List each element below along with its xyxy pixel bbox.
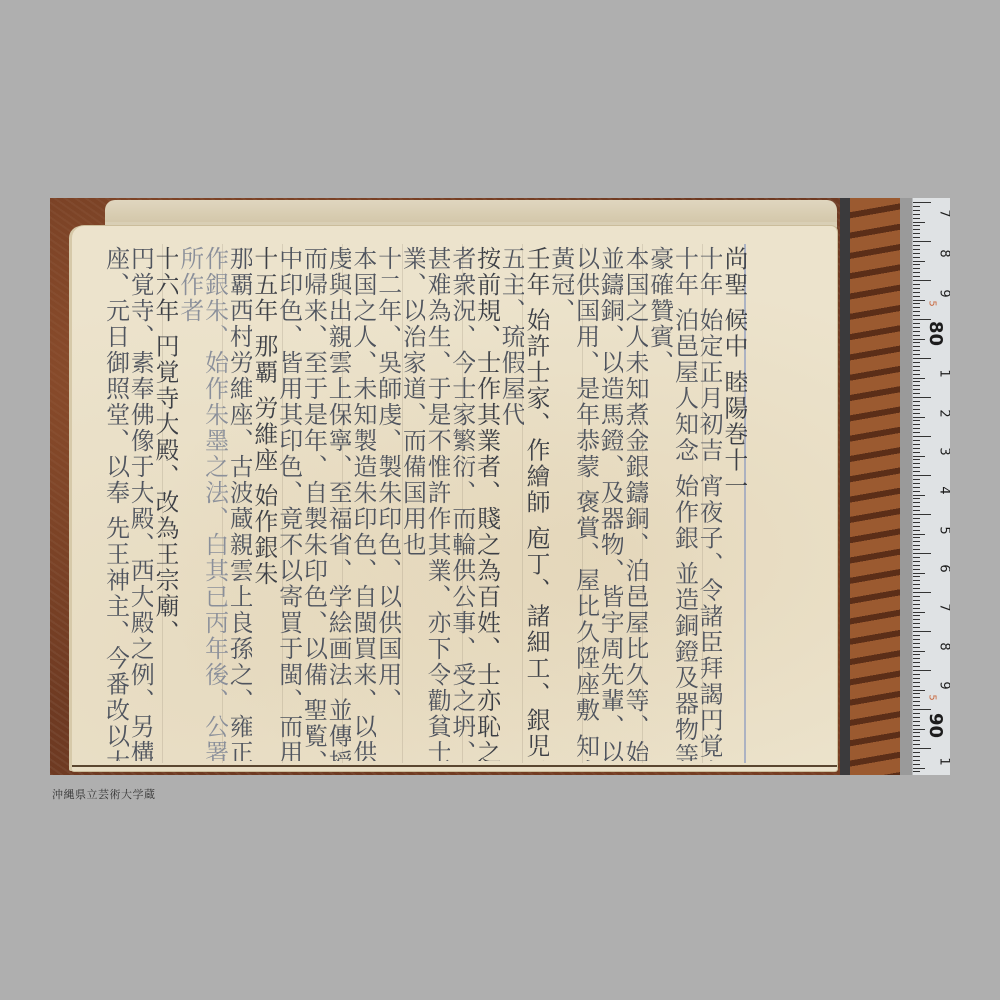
ruler-tick: [913, 339, 925, 340]
ruler-tick: [913, 627, 920, 628]
text-column: 按前規、士作其業者、賤之為百姓、士亦恥之不作、而至貧窘: [477, 246, 500, 761]
ruler-tick: [913, 210, 920, 211]
ruler-tick: [913, 471, 920, 472]
ruler-tick: [913, 331, 920, 332]
text-column: 者衆況、今士家繁衍、而輪供公事、受之坍、漸之遲延: [452, 246, 475, 761]
text-column: 那覇西村労維座、古波蔵親雲上良孫之、雍正丁未年、到閩始学: [230, 246, 253, 761]
ruler-tick: [913, 264, 920, 265]
ruler-tick: [913, 245, 920, 246]
text-column: 作銀朱、始作朱墨之法、白其已丙年後、公署多用其: [205, 246, 228, 761]
ruler-tick: [913, 350, 920, 351]
text-column: 業、以治家道、而備国用也: [403, 246, 426, 761]
ruler-tick: [913, 261, 925, 262]
ruler-tick: [913, 647, 920, 648]
ruler-tick: [913, 666, 920, 667]
ruler-tick: [913, 740, 920, 741]
ruler-tick: [913, 237, 920, 238]
manuscript-photo: 尚聖 候中 睦陽巻十一 十年 始定正月初吉 宵夜子、令諸臣拜謁円覚座、 十年 泊…: [50, 198, 950, 775]
ruler-tick: [913, 428, 920, 429]
ruler-tick: [913, 725, 920, 726]
ruler-tick: [913, 342, 920, 343]
ruler-tick: [913, 717, 920, 718]
ruler-tick: [913, 440, 920, 441]
ruler-tick: [913, 495, 925, 496]
ruler-tick: [913, 202, 931, 203]
ruler-tick: [913, 549, 920, 550]
ruler-tick: [913, 670, 931, 671]
ruler-tick: [913, 288, 920, 289]
measuring-ruler: 7 8 9 5 80 1 2 3 4 5 6 7 8 9 5 90 1: [912, 198, 950, 775]
ruler-tick: [913, 736, 920, 737]
ruler-tick: [913, 534, 925, 535]
ruler-tick: [913, 654, 920, 655]
ruler-tick: [913, 405, 920, 406]
ruler-tick: [913, 545, 920, 546]
ruler-tick: [913, 502, 920, 503]
ruler-tick: [913, 514, 931, 515]
ruler-tick: [913, 701, 920, 702]
ruler-tick: [913, 319, 931, 320]
ruler-tick: [913, 389, 920, 390]
ruler-tick: [913, 214, 920, 215]
ruler-tick: [913, 561, 920, 562]
ruler-tick: [913, 510, 920, 511]
ruler-tick: [913, 292, 920, 293]
ruler-label: 90: [925, 713, 946, 738]
ruler-tick: [913, 537, 920, 538]
ruler-tick: [913, 315, 920, 316]
ruler-tick: [913, 452, 920, 453]
ruler-tick: [913, 573, 925, 574]
ruler-tick: [913, 760, 920, 761]
ruler-label: 7: [936, 209, 950, 217]
text-column: 中印色、皆用其印色、竟不以寄買于閩、而用焉: [279, 246, 302, 761]
ruler-label: 7: [936, 603, 950, 611]
ruler-label: 9: [936, 681, 950, 689]
ruler-tick: [913, 631, 931, 632]
ruler-tick: [913, 249, 920, 250]
ruler-label: 5: [936, 526, 950, 534]
ruler-tick: [913, 241, 931, 242]
ruler-label: 80: [925, 321, 946, 346]
ruler-tick: [913, 420, 920, 421]
ruler-tick: [913, 444, 920, 445]
ruler-tick: [913, 272, 920, 273]
ruler-tick: [913, 764, 920, 765]
text-column: 五主、琉假屋代: [502, 246, 525, 761]
text-column: 十年 泊邑屋人知念 始作銀 並造銅鐙及器物等: [675, 246, 698, 761]
ruler-tick: [913, 522, 920, 523]
ruler-tick: [913, 619, 920, 620]
text-column: 十年 始定正月初吉 宵夜子、令諸臣拜謁円覚座、: [700, 246, 723, 761]
ruler-tick: [913, 323, 920, 324]
ruler-tick: [913, 409, 920, 410]
ruler-label: 2: [936, 409, 950, 417]
ruler-tick: [913, 311, 920, 312]
ruler-tick: [913, 218, 920, 219]
ruler-tick: [913, 479, 920, 480]
ruler-tick: [913, 584, 920, 585]
text-column: 所作者: [180, 246, 203, 761]
ruler-tick: [913, 565, 920, 566]
ruler-tick: [913, 358, 931, 359]
ruler-tick: [913, 569, 920, 570]
ruler-tick: [913, 374, 920, 375]
ruler-tick: [913, 498, 920, 499]
ruler-tick: [913, 686, 920, 687]
ruler-tick: [913, 463, 920, 464]
ruler-tick: [913, 756, 920, 757]
collection-credit: 沖縄県立芸術大学蔵: [52, 786, 156, 802]
ruler-tick: [913, 576, 920, 577]
ruler-tick: [913, 424, 920, 425]
ruler-tick: [913, 771, 920, 772]
ruler-label: 1: [936, 369, 950, 377]
ruler-tick: [913, 674, 920, 675]
ruler-label: 9: [936, 289, 950, 297]
text-column: 十五年 那覇 労維座 始作銀朱: [254, 246, 277, 761]
ruler-tick: [913, 600, 920, 601]
text-column: 虔與出親雲上保寧、至福省、学絵画法 並傳授朱印色法: [329, 246, 352, 761]
text-column: 円覚寺、素奉佛像于大殿、西大殿之例、另構小堂三: [131, 246, 154, 761]
ruler-tick: [913, 225, 920, 226]
ruler-tick: [913, 253, 920, 254]
ruler-tick: [913, 432, 920, 433]
ruler-tick: [913, 280, 931, 281]
ruler-tick: [913, 393, 920, 394]
text-column: 本国之人未知煮金銀鑄銅、泊邑屋比久等、始煮銀成金: [625, 246, 648, 761]
ruler-label: 8: [936, 249, 950, 257]
ruler-tick: [913, 506, 920, 507]
ruler-red-label: 5: [926, 300, 937, 306]
text-column: 本国之人、未知製造朱印色、自閩買来、以供国用、吳師: [353, 246, 376, 761]
text-column: 座、元日御照堂、以奉 先王神主、今番改以大殿: [106, 246, 129, 761]
ruler-tick: [913, 378, 925, 379]
ruler-tick: [913, 553, 931, 554]
ruler-tick: [913, 483, 920, 484]
text-column: 十二年、吳師虔、製朱印色、以供国用、: [378, 246, 401, 761]
ruler-tick: [913, 596, 920, 597]
ruler-tick: [913, 296, 920, 297]
ruler-tick: [913, 748, 931, 749]
ruler-tick: [913, 608, 920, 609]
ruler-tick: [913, 487, 920, 488]
ruler-label: 6: [936, 564, 950, 572]
ruler-tick: [913, 222, 925, 223]
ruler-tick: [913, 729, 925, 730]
binding-thread: [72, 765, 837, 767]
ruler-tick: [913, 651, 925, 652]
ruler-tick: [913, 732, 920, 733]
ruler-tick: [913, 448, 920, 449]
ruler-tick: [913, 662, 920, 663]
ruler-tick: [913, 381, 920, 382]
ruler-tick: [913, 635, 920, 636]
ruler-tick: [913, 300, 925, 301]
ruler-tick: [913, 467, 920, 468]
ruler-tick: [913, 604, 920, 605]
ruler-tick: [913, 697, 920, 698]
ruler-tick: [913, 397, 931, 398]
ruler-tick: [913, 721, 920, 722]
ruler-tick: [913, 768, 925, 769]
ruler-red-label: 5: [926, 694, 937, 700]
ruler-tick: [913, 456, 925, 457]
text-column: 而帰来、至于是年、自製朱印色、以備 聖覧、当是国: [304, 246, 327, 761]
ruler-tick: [913, 588, 920, 589]
ruler-tick: [913, 615, 920, 616]
ruler-tick: [913, 417, 925, 418]
ruler-label: 8: [936, 642, 950, 650]
ruler-label: 1: [936, 757, 950, 765]
ruler-label: 4: [936, 486, 950, 494]
ruler-tick: [913, 307, 920, 308]
ruler-tick: [913, 658, 920, 659]
text-column: 以供国用、是年恭蒙 褒賞、屋比久陞座敷 知念載: [576, 246, 599, 761]
ruler-tick: [913, 436, 931, 437]
ruler-tick: [913, 276, 920, 277]
ruler-tick: [913, 592, 931, 593]
text-column: 十六年 円覚寺大殿、改為王宗廟、: [155, 246, 178, 761]
ruler-tick: [913, 257, 920, 258]
ruler-tick: [913, 639, 920, 640]
ruler-tick: [913, 362, 920, 363]
ruler-tick: [913, 682, 920, 683]
ruler-tick: [913, 557, 920, 558]
ruler-tick: [913, 459, 920, 460]
ruler-tick: [913, 346, 920, 347]
text-column: 壬年 始許士家、作繪師 庖丁、諸細工、銀児、船頭、作事、: [526, 246, 549, 761]
ruler-tick: [913, 229, 920, 230]
cover-spine-edge: [840, 198, 900, 775]
ruler-tick: [913, 268, 920, 269]
ruler-tick: [913, 705, 920, 706]
ruler-tick: [913, 303, 920, 304]
ruler-tick: [913, 690, 925, 691]
ruler-tick: [913, 206, 920, 207]
ruler-tick: [913, 541, 920, 542]
ruler-tick: [913, 744, 920, 745]
text-column: 黃冠、: [551, 246, 574, 761]
ruler-tick: [913, 526, 920, 527]
ruler-tick: [913, 678, 920, 679]
ruler-tick: [913, 709, 931, 710]
ruler-tick: [913, 233, 920, 234]
ruler-tick: [913, 693, 920, 694]
text-column: 豪確贊賓、: [650, 246, 673, 761]
ruler-tick: [913, 491, 920, 492]
ruler-tick: [913, 366, 920, 367]
ruler-tick: [913, 385, 920, 386]
text-column: 尚聖 候中 睦陽巻十一: [724, 246, 747, 761]
ruler-tick: [913, 752, 920, 753]
manuscript-text: 尚聖 候中 睦陽巻十一 十年 始定正月初吉 宵夜子、令諸臣拜謁円覚座、 十年 泊…: [106, 246, 747, 761]
ruler-tick: [913, 713, 920, 714]
ruler-label: 3: [936, 447, 950, 455]
ruler-tick: [913, 354, 920, 355]
notebook-page: 尚聖 候中 睦陽巻十一 十年 始定正月初吉 宵夜子、令諸臣拜謁円覚座、 十年 泊…: [72, 226, 837, 771]
ruler-tick: [913, 335, 920, 336]
ruler-tick: [913, 518, 920, 519]
ruler-tick: [913, 401, 920, 402]
text-column: 並鑄銅、以造馬鐙、及器物、皆宇周先輩、以極華藻、: [601, 246, 624, 761]
ruler-tick: [913, 327, 920, 328]
ruler-tick: [913, 580, 920, 581]
ruler-tick: [913, 643, 920, 644]
ruler-tick: [913, 475, 931, 476]
ruler-tick: [913, 370, 920, 371]
ruler-tick: [913, 623, 920, 624]
ruler-tick: [913, 284, 920, 285]
ruler-tick: [913, 413, 920, 414]
ruler-tick: [913, 612, 925, 613]
ruler-tick: [913, 530, 920, 531]
text-column: 甚难為生、于是不惟許作其業、亦下令勸貧士修其: [427, 246, 450, 761]
